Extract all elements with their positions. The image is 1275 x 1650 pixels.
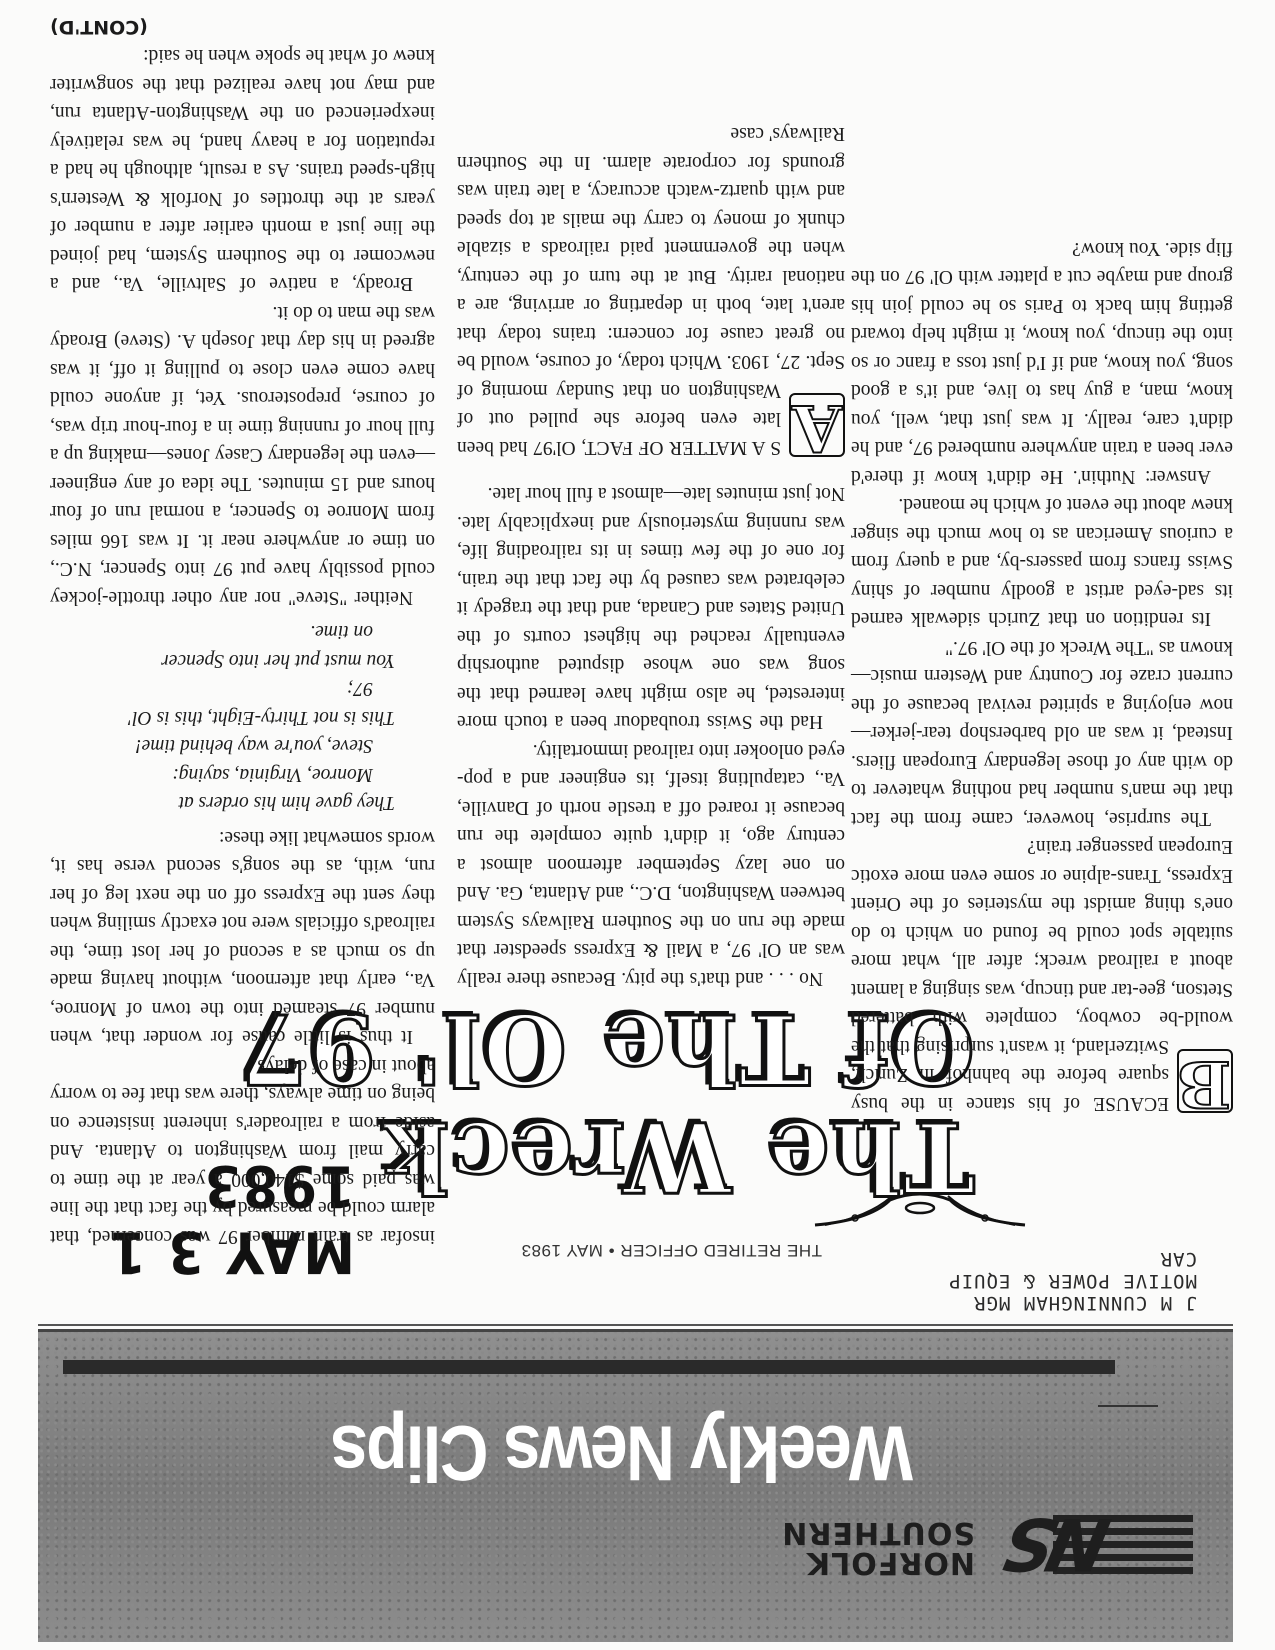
paragraph: The surprise, however, came from the fac…: [851, 633, 1233, 833]
song-verse: They gave him his orders at Monroe, Virg…: [50, 617, 395, 817]
article-column-3: insofar as train number 97 was concerned…: [50, 13, 435, 1251]
verse-line: Monroe, Virginia, saying:: [50, 760, 395, 789]
banner-edge-line: [38, 1324, 1233, 1326]
verse-line: This is not Thirty-Eight, this is Ol': [50, 703, 395, 732]
paragraph: It thus is little cause for wonder that,…: [50, 823, 435, 1051]
logo-monogram: NS: [1003, 1502, 1117, 1586]
article-column-2: No . . . and that's the pity. Because th…: [457, 119, 845, 992]
verse-line: on time.: [50, 617, 395, 646]
logo-wordmark: NORFOLK SOUTHERN: [781, 1517, 975, 1577]
verse-line: You must put her into Spencer: [50, 646, 395, 675]
verse-line: Steve, you're way behind time!: [50, 731, 395, 760]
routing-line-2: MOTIVE POWER & EQUIP: [948, 1270, 1197, 1292]
drop-cap-b: B: [1177, 1049, 1233, 1113]
paragraph: No . . . and that's the pity. Because th…: [457, 736, 845, 993]
masthead-title: Weekly News Clips: [332, 1408, 913, 1498]
logo-line-southern: SOUTHERN: [781, 1517, 975, 1547]
norfolk-southern-logo: NS NORFOLK SOUTHERN: [781, 1512, 1193, 1582]
paragraph: Broady, a native of Saltville, Va., and …: [50, 41, 435, 298]
paragraph: AS A MATTER OF FACT, Ol'97 had been late…: [457, 119, 845, 461]
paragraph: BECAUSE of his stance in the busy square…: [851, 832, 1233, 1117]
masthead-banner: NS NORFOLK SOUTHERN Weekly News Clips: [38, 1329, 1233, 1642]
paragraph: Neither "Steve" nor any other throttle-j…: [50, 298, 435, 612]
continued-marker: (CONT'D): [50, 13, 435, 42]
ns-logo-icon: NS: [993, 1512, 1193, 1582]
scanned-document-page: NS NORFOLK SOUTHERN Weekly News Clips J …: [0, 0, 1275, 1650]
routing-line-1: J M CUNNINGHAM MGR: [948, 1292, 1197, 1314]
paragraph: Its rendition on that Zurich sidewalk ea…: [851, 490, 1233, 633]
masthead-rule: [63, 1360, 1115, 1374]
verse-line: They gave him his orders at: [50, 788, 395, 817]
pencil-mark: [1098, 1405, 1158, 1407]
paragraph: insofar as train number 97 was concerned…: [50, 1051, 435, 1251]
logo-line-norfolk: NORFOLK: [781, 1547, 975, 1577]
source-citation: THE RETIRED OFFICER • MAY 1983: [521, 1240, 822, 1260]
routing-label: J M CUNNINGHAM MGR MOTIVE POWER & EQUIP …: [948, 1248, 1197, 1314]
article-column-1: BECAUSE of his stance in the busy square…: [851, 234, 1233, 1118]
drop-cap-a: A: [789, 393, 845, 457]
verse-line: 97;: [50, 674, 395, 703]
paragraph: Answer: Nuthin'. He didn't know if there…: [851, 234, 1233, 491]
headline-line-1: The Wreck: [455, 1102, 975, 1210]
routing-line-3: CAR: [948, 1248, 1197, 1270]
paragraph: Had the Swiss troubadour been a touch mo…: [457, 479, 845, 736]
